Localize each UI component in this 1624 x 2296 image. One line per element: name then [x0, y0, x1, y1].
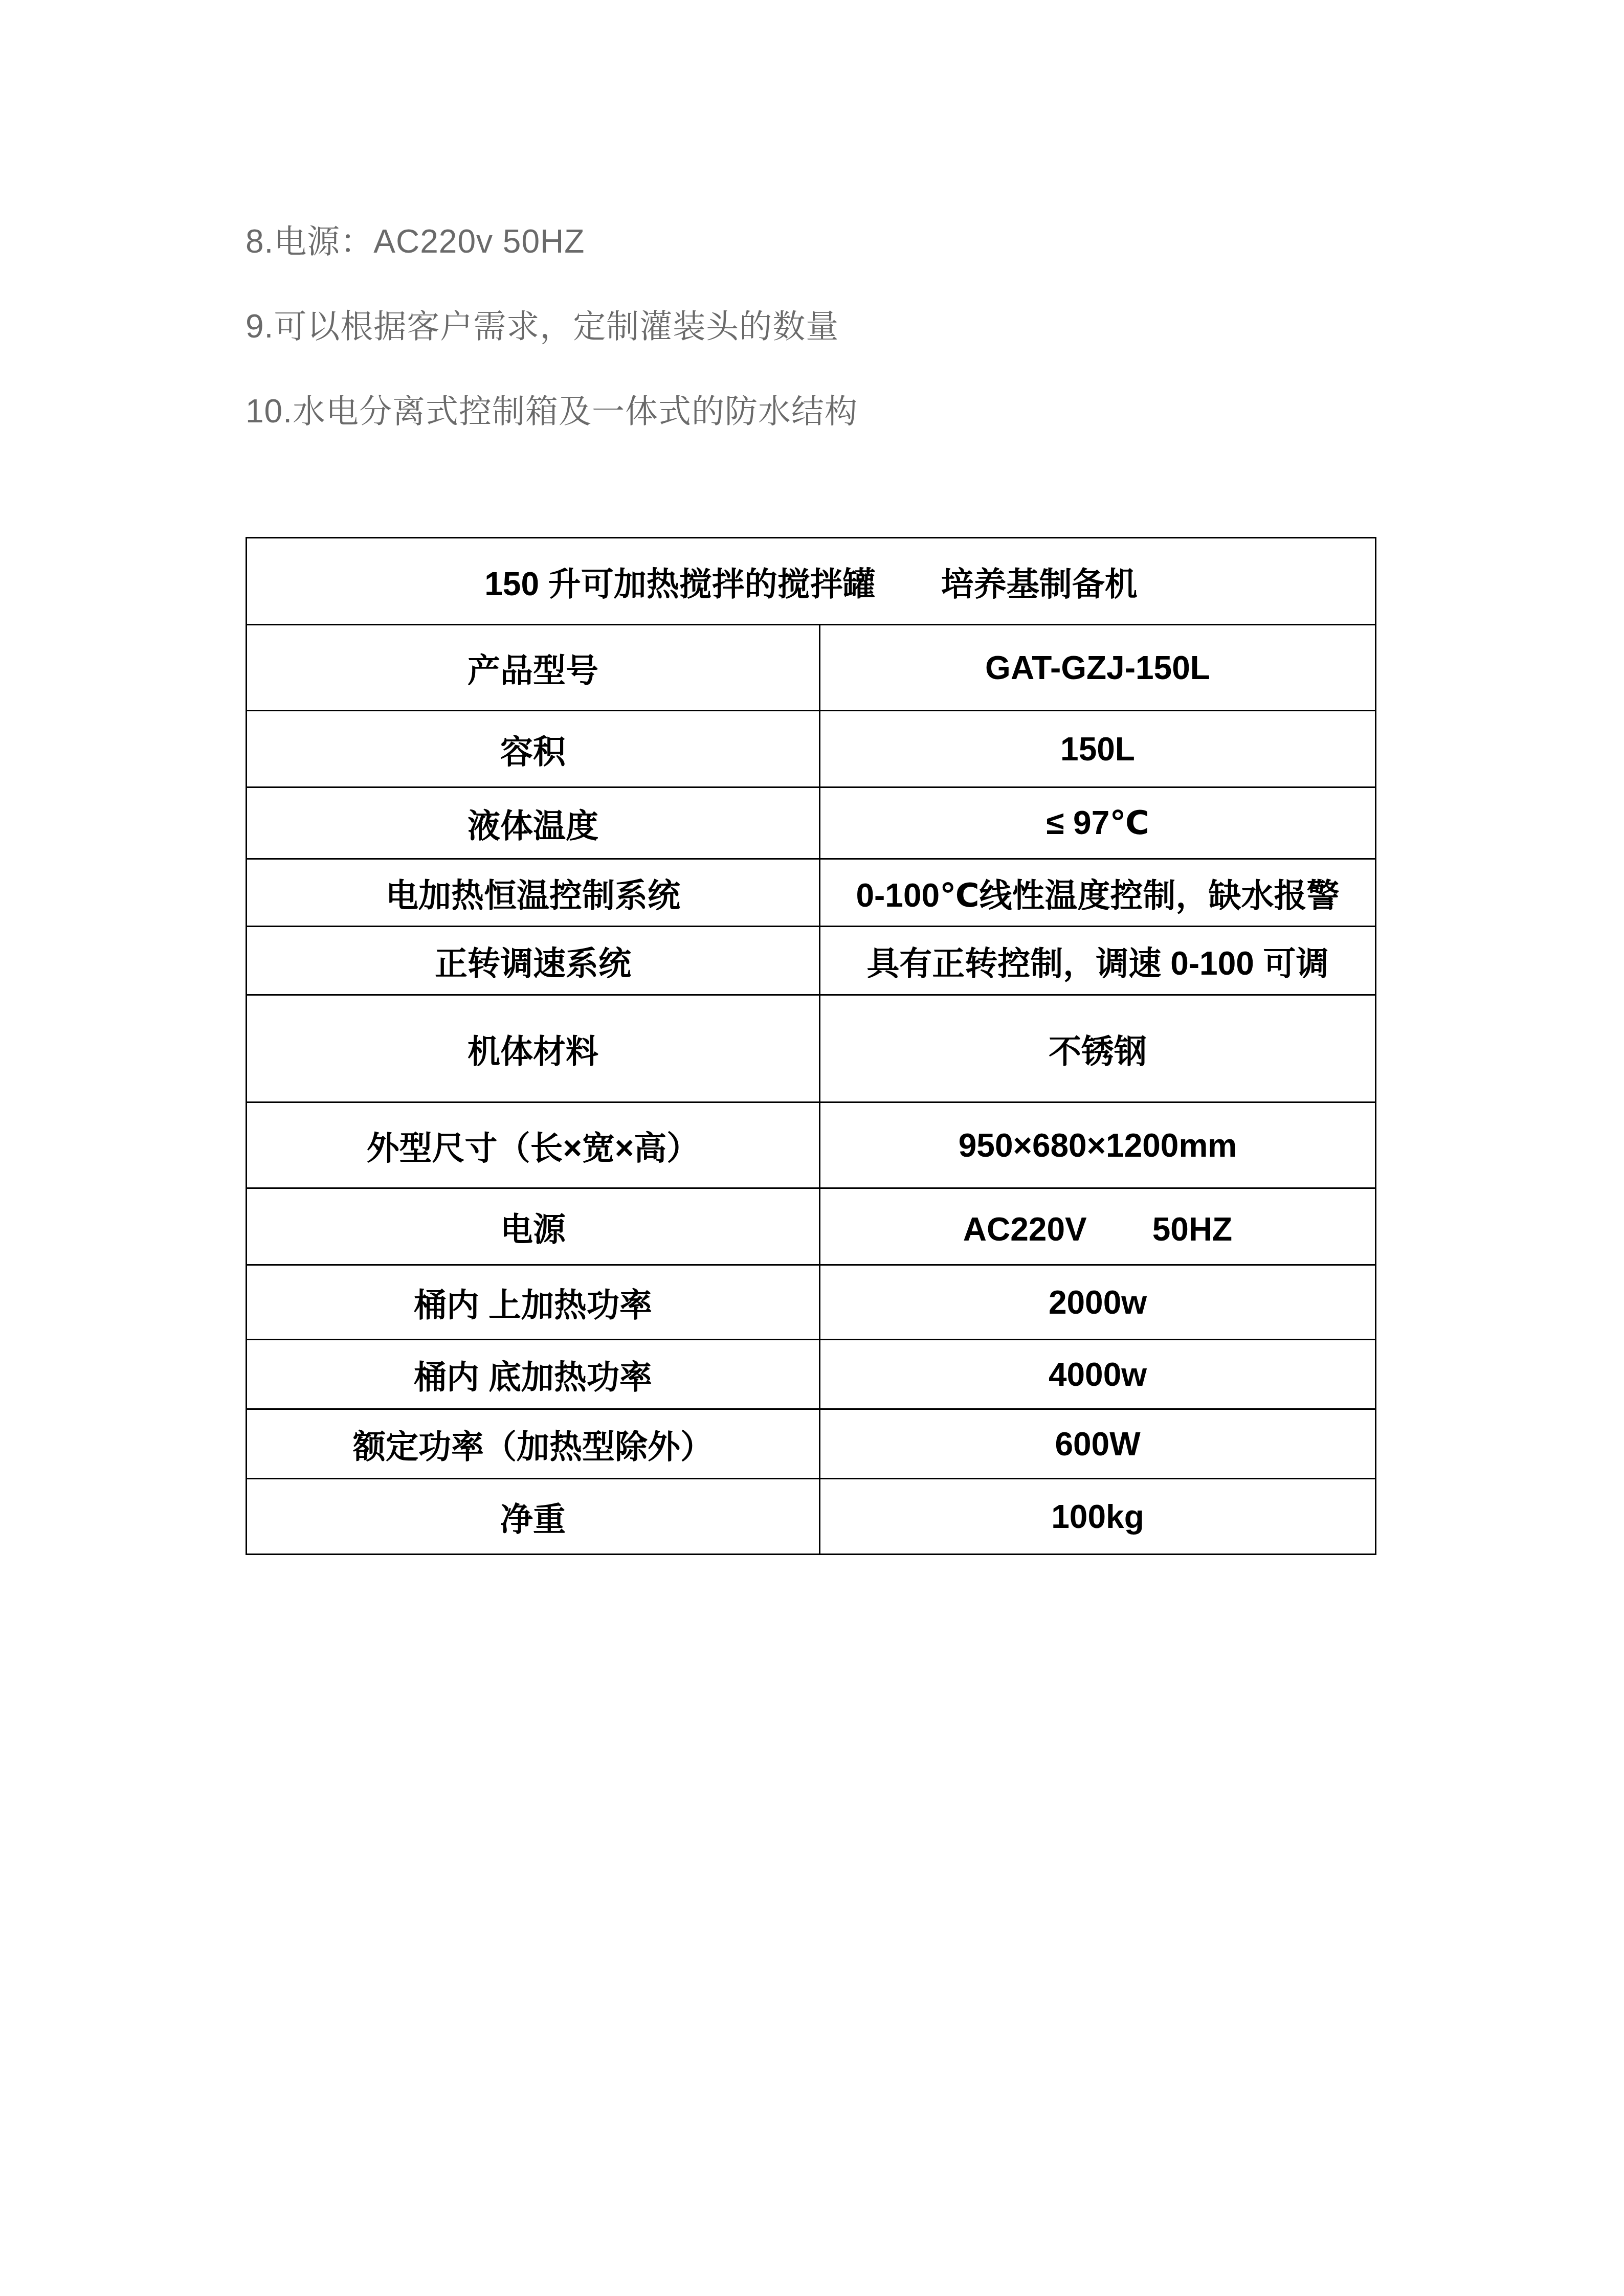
intro-line-8: 8.电源：AC220v 50HZ — [246, 221, 585, 261]
table-row: 正转调速系统 具有正转控制，调速 0-100 可调 — [247, 927, 1376, 995]
table-title: 150 升可加热搅拌的搅拌罐 培养基制备机 — [247, 538, 1376, 625]
spec-value-cell: 950×680×1200mm — [820, 1102, 1376, 1188]
document-page: 8.电源：AC220v 50HZ 9.可以根据客户需求，定制灌装头的数量 10.… — [0, 0, 1624, 2296]
table-row: 产品型号 GAT-GZJ-150L — [247, 625, 1376, 711]
spec-value-cell: 2000w — [820, 1265, 1376, 1340]
spec-label-cell: 净重 — [247, 1479, 820, 1555]
spec-value-cell: 具有正转控制，调速 0-100 可调 — [820, 927, 1376, 995]
spec-label-cell: 桶内 上加热功率 — [247, 1265, 820, 1340]
spec-value-cell: 100kg — [820, 1479, 1376, 1555]
spec-label-cell: 产品型号 — [247, 625, 820, 711]
table-row: 净重 100kg — [247, 1479, 1376, 1555]
spec-label-cell: 正转调速系统 — [247, 927, 820, 995]
spec-value-cell: GAT-GZJ-150L — [820, 625, 1376, 711]
table-row: 额定功率（加热型除外） 600W — [247, 1409, 1376, 1479]
spec-label-cell: 容积 — [247, 711, 820, 787]
spec-value-cell: 150L — [820, 711, 1376, 787]
spec-label-cell: 桶内 底加热功率 — [247, 1340, 820, 1409]
spec-label-cell: 液体温度 — [247, 787, 820, 859]
table-row: 桶内 上加热功率 2000w — [247, 1265, 1376, 1340]
intro-line-10: 10.水电分离式控制箱及一体式的防水结构 — [246, 391, 858, 431]
table-row: 桶内 底加热功率 4000w — [247, 1340, 1376, 1409]
spec-value-cell: ≤ 97℃ — [820, 787, 1376, 859]
spec-value-cell: 0-100℃线性温度控制，缺水报警 — [820, 859, 1376, 927]
spec-label-cell: 电加热恒温控制系统 — [247, 859, 820, 927]
table-row: 外型尺寸（长×宽×高） 950×680×1200mm — [247, 1102, 1376, 1188]
table-row: 容积 150L — [247, 711, 1376, 787]
spec-value-cell: 600W — [820, 1409, 1376, 1479]
table-row: 电源 AC220V 50HZ — [247, 1188, 1376, 1265]
table-row: 电加热恒温控制系统 0-100℃线性温度控制，缺水报警 — [247, 859, 1376, 927]
spec-value-cell: 4000w — [820, 1340, 1376, 1409]
table-row: 机体材料 不锈钢 — [247, 995, 1376, 1102]
spec-label-cell: 机体材料 — [247, 995, 820, 1102]
spec-table: 150 升可加热搅拌的搅拌罐 培养基制备机 产品型号 GAT-GZJ-150L … — [246, 537, 1376, 1555]
spec-value-cell: AC220V 50HZ — [820, 1188, 1376, 1265]
table-row: 液体温度 ≤ 97℃ — [247, 787, 1376, 859]
spec-label-cell: 外型尺寸（长×宽×高） — [247, 1102, 820, 1188]
spec-value-cell: 不锈钢 — [820, 995, 1376, 1102]
table-title-row: 150 升可加热搅拌的搅拌罐 培养基制备机 — [247, 538, 1376, 625]
intro-line-9: 9.可以根据客户需求，定制灌装头的数量 — [246, 306, 839, 346]
spec-label-cell: 电源 — [247, 1188, 820, 1265]
spec-label-cell: 额定功率（加热型除外） — [247, 1409, 820, 1479]
